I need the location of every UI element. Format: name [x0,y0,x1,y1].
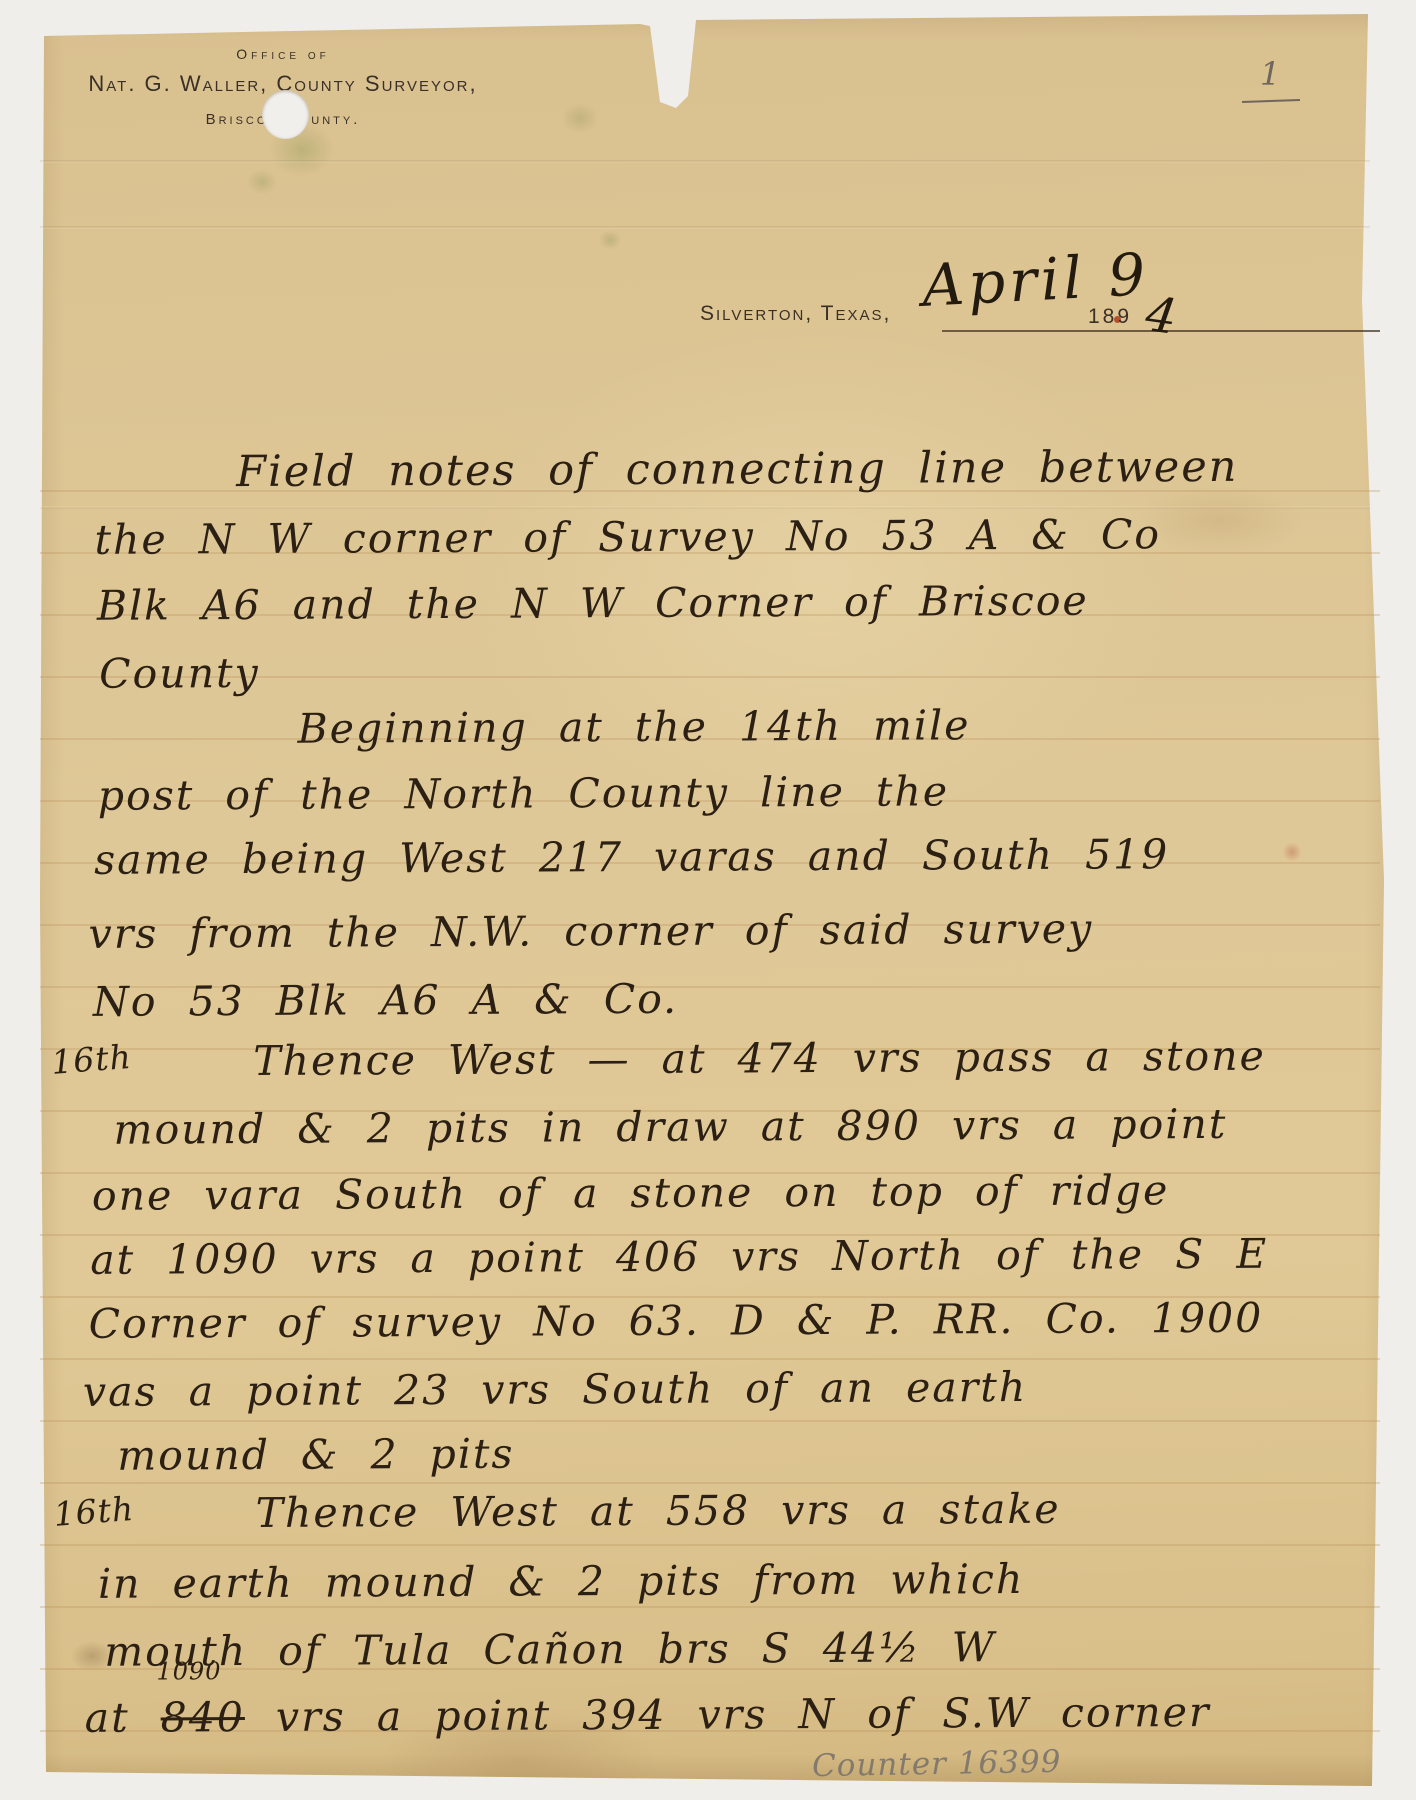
manuscript-line: Thence West at 558 vrs a stake [255,1485,1060,1537]
manuscript-line: mound & 2 pits [117,1430,514,1480]
strikethrough-value: 840 [161,1693,246,1741]
last-line-suffix: vrs a point 394 vrs N of S.W corner [276,1688,1211,1741]
manuscript-line: Beginning at the 14th mile [297,701,970,753]
manuscript-line: at 840 vrs a point 394 vrs N of S.W corn… [85,1688,1211,1742]
manuscript-line: mound & 2 pits in draw at 890 vrs a poin… [113,1100,1227,1154]
counter-annotation: Counter 16399 [812,1744,1062,1784]
manuscript-line: No 53 Blk A6 A & Co. [93,975,678,1026]
manuscript-line: in earth mound & 2 pits from which [98,1555,1025,1608]
manuscript-line: mouth of Tula Cañon brs S 44½ W [104,1623,996,1676]
manuscript-line: County [99,649,260,698]
manuscript-line: Blk A6 and the N W Corner of Briscoe [97,577,1089,630]
manuscript-line: Thence West — at 474 vrs pass a stone [253,1032,1266,1085]
manuscript-line: one vara South of a stone on top of ridg… [92,1166,1170,1220]
manuscript-line: vas a point 23 vrs South of an earth [83,1363,1027,1416]
correction-value: 1090 [156,1657,221,1685]
last-line-prefix: at [85,1694,130,1742]
manuscript-line: post of the North County line the [98,767,949,819]
manuscript: Field notes of connecting line between t… [0,0,1416,1800]
manuscript-line: Corner of survey No 63. D & P. RR. Co. 1… [89,1294,1264,1348]
manuscript-line: at 1090 vrs a point 406 vrs North of the… [90,1230,1268,1284]
manuscript-line: vrs from the N.W. corner of said survey [88,905,1093,958]
manuscript-line: Field notes of connecting line between [236,442,1239,497]
manuscript-line: the N W corner of Survey No 53 A & Co [94,510,1161,564]
manuscript-line: same being West 217 varas and South 519 [94,830,1169,884]
margin-call-number: 16th [52,1489,135,1534]
margin-call-number: 16th [50,1037,133,1082]
